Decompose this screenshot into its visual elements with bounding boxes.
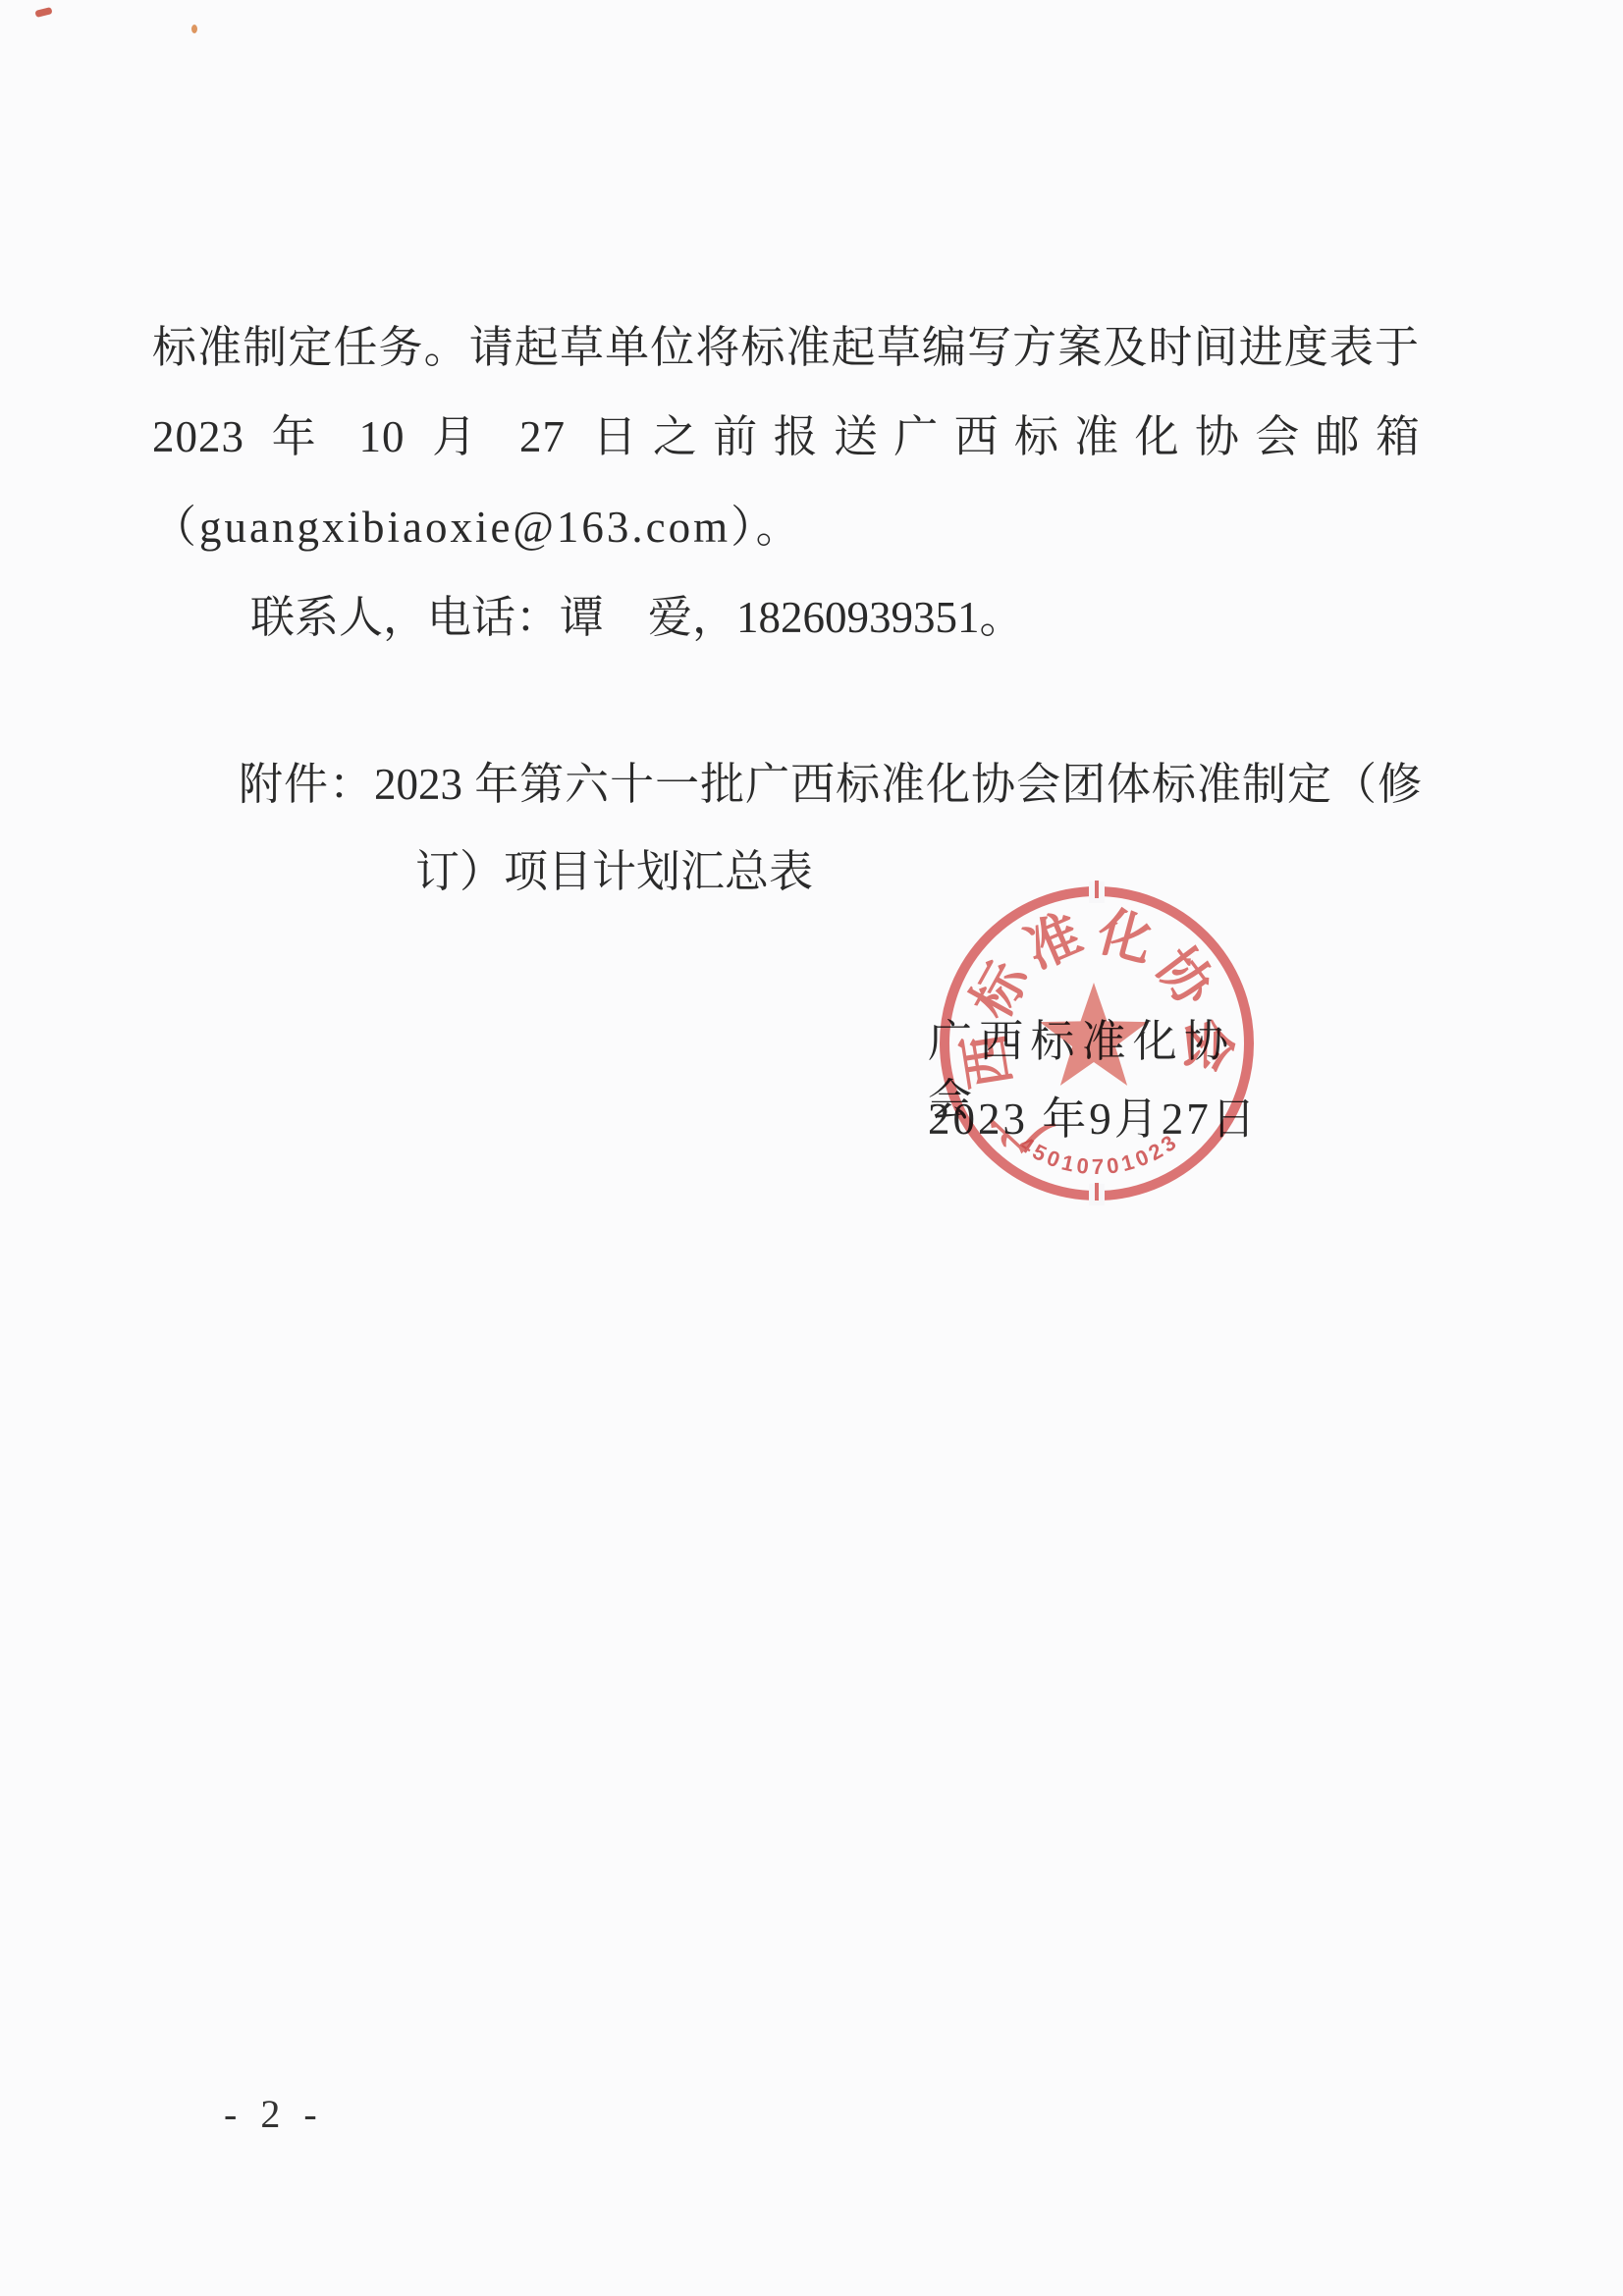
page-number: - 2 - <box>224 2091 324 2137</box>
red-pen-speck <box>34 7 52 18</box>
seal-ring-gap-top <box>1089 881 1105 903</box>
seal-char: 化 <box>1091 900 1160 973</box>
contact-line: 联系人，电话：谭 爱，18260939351。 <box>250 588 1024 647</box>
seal-ring-gap-bottom <box>1089 1184 1105 1205</box>
document-page: 标准制定任务。请起草单位将标准起草编写方案及时间进度表于 2023 年 10 月… <box>0 0 1623 2296</box>
seal-char: 协 <box>1145 936 1227 1018</box>
body-line-2: 2023 年 10 月 27 日之前报送广西标准化协会邮箱 <box>152 407 1421 466</box>
seal-char: 准 <box>1016 903 1090 981</box>
signature-date: 2023 年9月27日 <box>928 1090 1259 1148</box>
attachment-line-2: 订）项目计划汇总表 <box>415 842 813 901</box>
body-line-email: （guangxibiaoxie@163.com）。 <box>152 498 803 557</box>
orange-speck <box>191 25 197 33</box>
body-line-1: 标准制定任务。请起草单位将标准起草编写方案及时间进度表于 <box>152 318 1419 377</box>
attachment-line-1: 附件：2023 年第六十一批广西标准化协会团体标准制定（修 <box>239 755 1422 814</box>
